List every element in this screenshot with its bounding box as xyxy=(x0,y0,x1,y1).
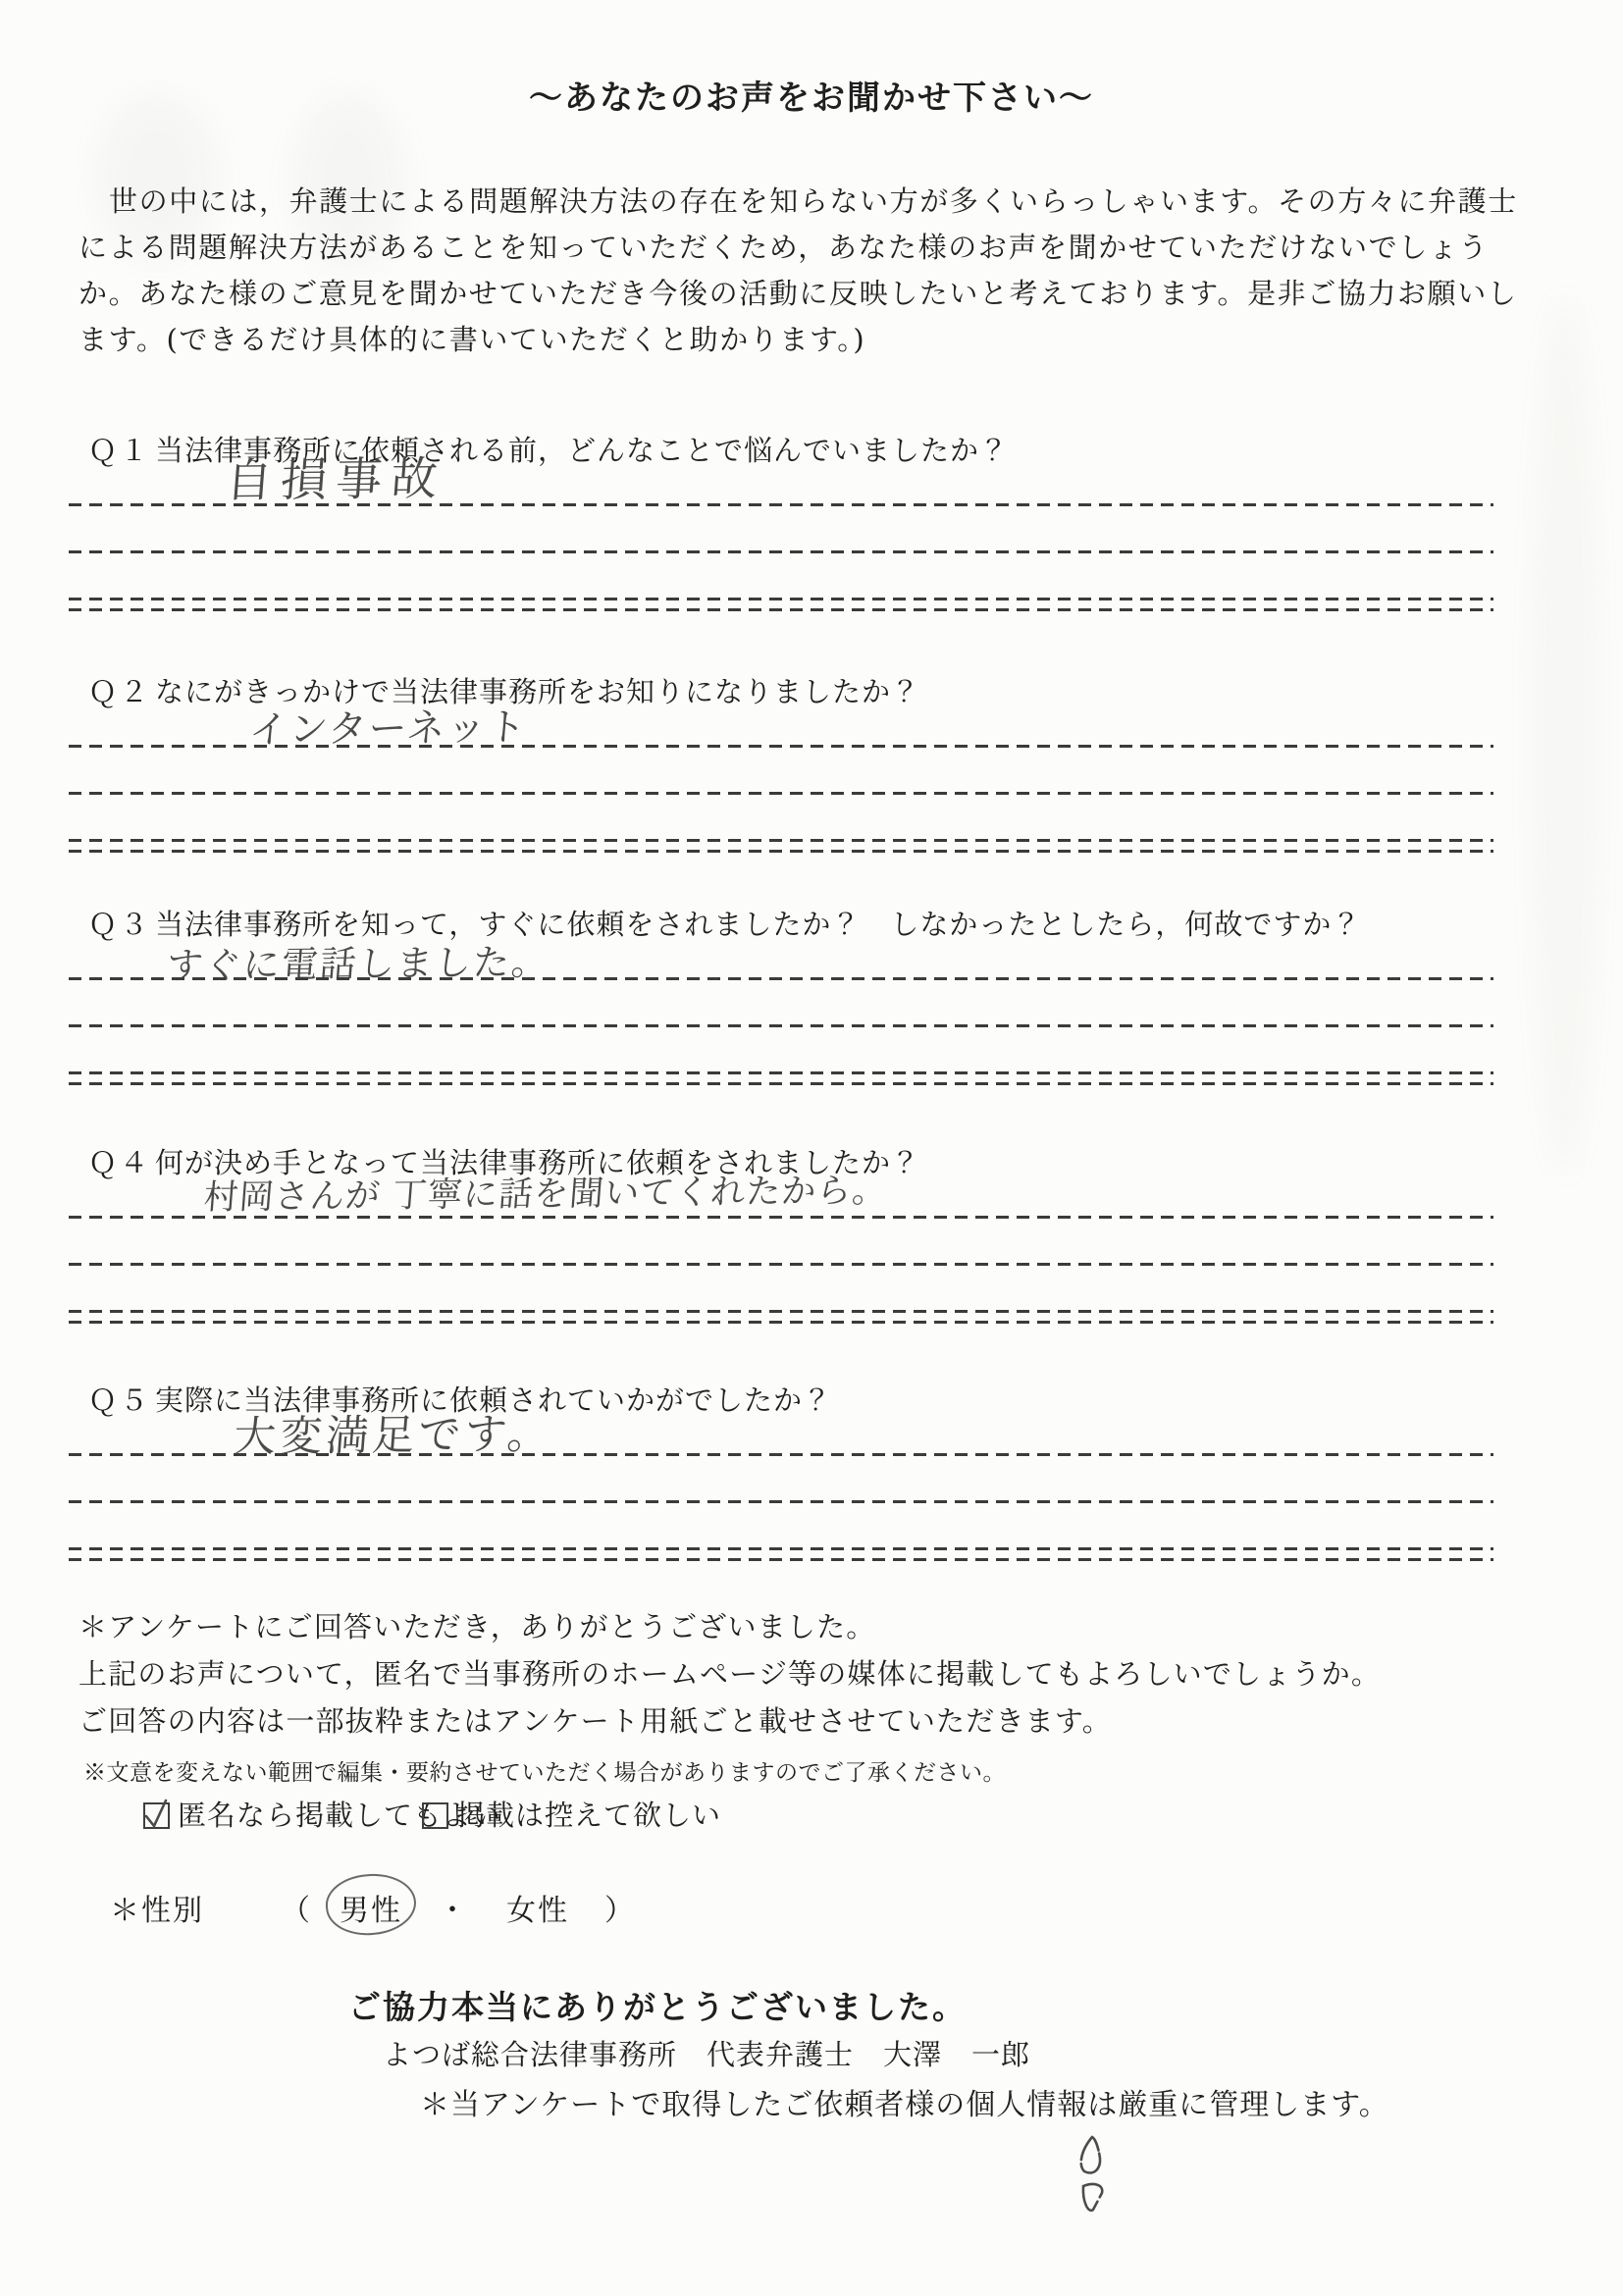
answer-line xyxy=(69,792,1493,795)
gender-close-paren: ） xyxy=(604,1886,636,1929)
question-q1-label: Ｑ１ xyxy=(88,429,151,469)
intro-line: 世の中には，弁護士による問題解決方法の存在を知らない方が多くいらっしゃいます。そ… xyxy=(79,179,1555,225)
question-q4-label: Ｑ４ xyxy=(88,1141,151,1181)
gender-option-female[interactable]: 女性 xyxy=(506,1886,569,1929)
question-block-q3: Ｑ３ 当法律事務所を知って，すぐに依頼をされましたか？ しなかったとしたら，何故… xyxy=(0,903,1623,1123)
answer-line xyxy=(69,977,1493,980)
question-q5-label: Ｑ５ xyxy=(88,1379,151,1419)
checkbox-anonymous-ok[interactable] xyxy=(143,1802,170,1829)
question-block-q2: Ｑ２ なにがきっかけで当法律事務所をお知りになりましたか？ インターネット xyxy=(0,670,1623,891)
handwritten-answer-q4: 村岡さんが 丁寧に話を聞いてくれたから。 xyxy=(202,1164,890,1220)
option-no-publish-label: 掲載は控えて欲しい xyxy=(456,1794,721,1834)
gender-row: ＊性別（男性・女性） xyxy=(110,1886,636,1929)
answer-line xyxy=(69,1310,1493,1313)
question-block-q1: Ｑ１ 当法律事務所に依頼される前，どんなことで悩んでいましたか？ 自損事故 xyxy=(0,429,1623,650)
answer-line xyxy=(69,1071,1493,1074)
footer-thanks: ご協力本当にありがとうございました。 xyxy=(348,1982,967,2028)
gender-separator: ・ xyxy=(438,1886,469,1929)
handwritten-doodle xyxy=(1065,2131,1120,2239)
option-no-publish[interactable]: 掲載は控えて欲しい xyxy=(422,1794,721,1834)
intro-line: による問題解決方法があることを知っていただくため，あなた様のお声を聞かせていただ… xyxy=(79,225,1555,271)
answer-line xyxy=(69,598,1493,600)
page-title: ～あなたのお声をお聞かせ下さい～ xyxy=(0,71,1623,119)
answer-line xyxy=(69,1216,1493,1219)
check-icon xyxy=(142,1793,176,1832)
closing-note: ※文意を変えない範囲で編集・要約させていただく場合がありますのでご了承ください。 xyxy=(83,1754,1006,1787)
footer-privacy-note: ＊当アンケートで取得したご依頼者様の個人情報は厳重に管理します。 xyxy=(420,2080,1389,2123)
answer-line xyxy=(69,1547,1493,1550)
answer-line xyxy=(69,839,1493,842)
answer-line xyxy=(69,1024,1493,1027)
answer-line xyxy=(69,550,1493,553)
answer-line xyxy=(69,1500,1493,1503)
gender-open-paren: （ xyxy=(281,1886,312,1929)
closing-permission-line1: 上記のお声について，匿名で当事務所のホームページ等の媒体に掲載してもよろしいでし… xyxy=(79,1652,1381,1693)
intro-paragraph: 世の中には，弁護士による問題解決方法の存在を知らない方が多くいらっしゃいます。そ… xyxy=(79,179,1555,363)
handwritten-answer-q1: 自損事故 xyxy=(224,443,448,510)
handwritten-circle xyxy=(323,1870,418,1939)
question-q3-label: Ｑ３ xyxy=(88,903,151,943)
answer-line xyxy=(69,503,1493,506)
checkbox-no-publish[interactable] xyxy=(422,1802,448,1829)
question-block-q4: Ｑ４ 何が決め手となって当法律事務所に依頼をされましたか？ 村岡さんが 丁寧に話… xyxy=(0,1141,1623,1362)
question-q2-label: Ｑ２ xyxy=(88,670,151,710)
gender-label: ＊性別 xyxy=(110,1886,204,1929)
gender-option-male[interactable]: 男性 xyxy=(340,1886,402,1929)
closing-permission-line2: ご回答の内容は一部抜粋またはアンケート用紙ごと載せさせていただきます。 xyxy=(79,1699,1112,1740)
intro-line: ます。(できるだけ具体的に書いていただくと助かります。) xyxy=(79,317,1555,363)
footer-office-signature: よつば総合法律事務所 代表弁護士 大澤 一郎 xyxy=(383,2033,1030,2073)
handwritten-answer-q3: すぐに電話しました。 xyxy=(165,932,551,989)
answer-line xyxy=(69,1263,1493,1266)
questionnaire-page: ～あなたのお声をお聞かせ下さい～ 世の中には，弁護士による問題解決方法の存在を知… xyxy=(0,0,1623,2296)
closing-thanks: ＊アンケートにご回答いただき，ありがとうございました。 xyxy=(79,1605,876,1645)
gender-female-label: 女性 xyxy=(506,1886,569,1929)
answer-line xyxy=(69,1453,1493,1456)
answer-line xyxy=(69,745,1493,748)
intro-line: か。あなた様のご意見を聞かせていただき今後の活動に反映したいと考えております。是… xyxy=(79,271,1555,317)
consent-options: 匿名なら掲載してもよい 掲載は控えて欲しい xyxy=(0,1794,1623,1837)
question-block-q5: Ｑ５ 実際に当法律事務所に依頼されていかがでしたか？ 大変満足です。 xyxy=(0,1379,1623,1599)
